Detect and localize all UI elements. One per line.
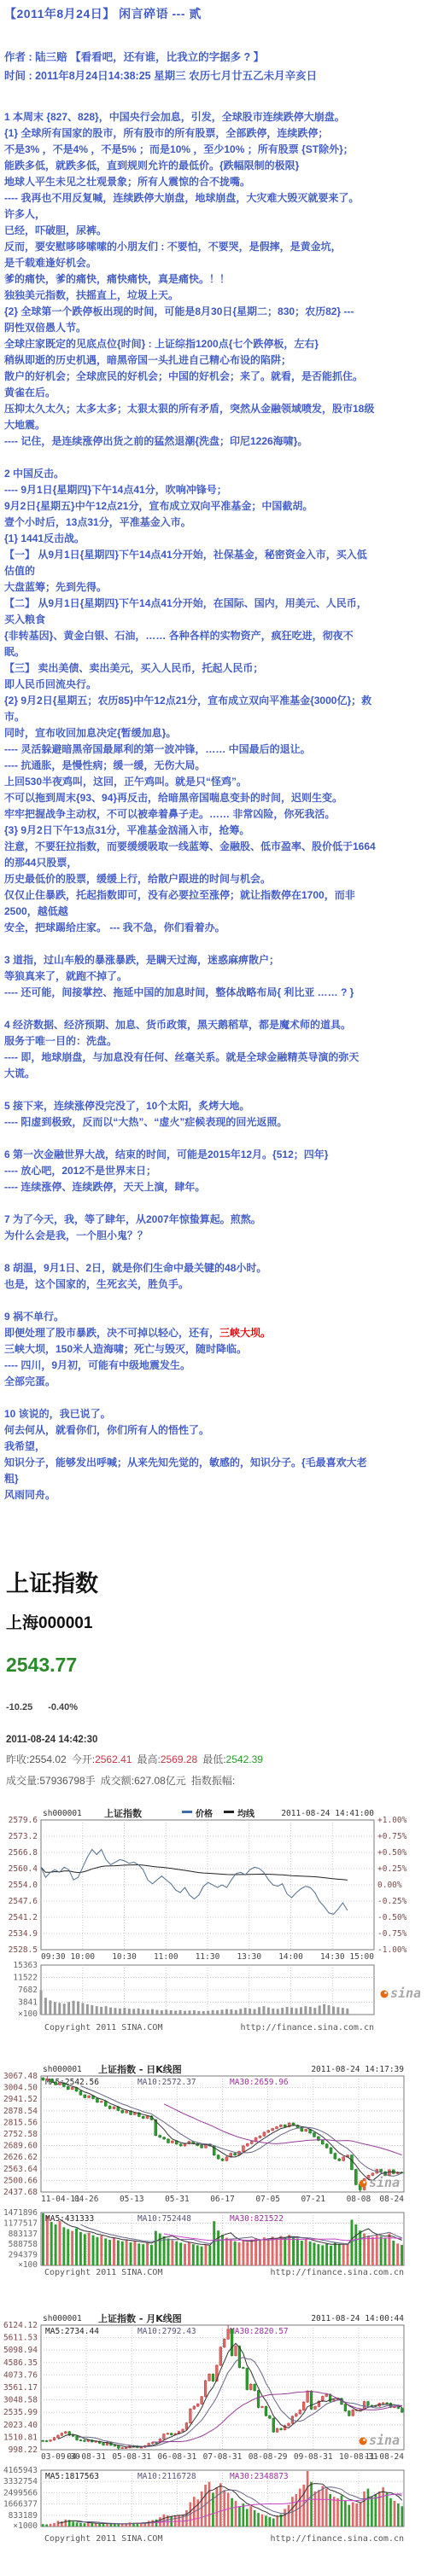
post-line: 能跌多低，就跌多低，直到规则允许的最低价。{跌幅限制的极限} bbox=[4, 158, 424, 174]
svg-text:-1.00%: -1.00% bbox=[377, 1945, 407, 1955]
post-line: 何去何从，就看你们，你们所有人的悟性了。 bbox=[4, 1422, 424, 1439]
svg-text:Copyright 2011 SINA.COM: Copyright 2011 SINA.COM bbox=[44, 2534, 162, 2544]
svg-text:+0.75%: +0.75% bbox=[377, 1832, 407, 1841]
svg-text:998.22: 998.22 bbox=[9, 2445, 38, 2455]
svg-text:3004.50: 3004.50 bbox=[3, 2084, 38, 2093]
svg-text:×100: ×100 bbox=[18, 2260, 38, 2270]
stat-value: 2542.39 bbox=[226, 1753, 263, 1765]
post-line: ---- 连续涨停、连续跌停，天天上演，肆年。 bbox=[4, 1179, 424, 1195]
post-line: 仅仅止住暴跌，托起指数即可，没有必要拉至涨停；就让指数停在1700，而非 bbox=[4, 887, 424, 904]
blog-page: 【2011年8月24日】 闲言碎语 --- 贰 作者 : 陆三赔 【看看吧，还有… bbox=[0, 0, 427, 2545]
post-line: 阴性双倍愚人节。 bbox=[4, 320, 424, 336]
post-line: 全部完蛋。 bbox=[4, 1374, 424, 1390]
svg-text:-0.50%: -0.50% bbox=[377, 1913, 407, 1922]
svg-text:6124.12: 6124.12 bbox=[3, 2321, 38, 2330]
svg-text:3561.17: 3561.17 bbox=[3, 2383, 38, 2393]
sina-watermark: sina bbox=[381, 1986, 421, 2001]
svg-text:+0.50%: +0.50% bbox=[377, 1848, 407, 1858]
svg-text:2499566: 2499566 bbox=[3, 2488, 38, 2497]
post-line: 安全，把球踢给庄家。 --- 我不急，你们看着办。 bbox=[4, 920, 424, 936]
svg-text:sina: sina bbox=[369, 2175, 400, 2190]
index-quote-panel: 上证指数 上海000001 2543.77 -10.25-0.40% 2011-… bbox=[0, 1565, 427, 1788]
svg-text:10:30: 10:30 bbox=[112, 1952, 137, 1962]
post-line: 即人民币回流央行。 bbox=[4, 677, 424, 693]
svg-text:2878.54: 2878.54 bbox=[3, 2107, 38, 2116]
stat-value: 57936798手 bbox=[39, 1775, 95, 1787]
svg-text:883137: 883137 bbox=[9, 2230, 38, 2239]
svg-text:×100: ×100 bbox=[18, 2009, 38, 2019]
svg-text:5098.94: 5098.94 bbox=[3, 2346, 38, 2355]
post-line: 9月2日{星期五}中午12点21分，宣布成立双向平准基金；中国截胡。 bbox=[4, 498, 424, 515]
quote-stat: 最低:2542.39 bbox=[202, 1753, 263, 1765]
quote-stat: 成交量:57936798手 bbox=[6, 1775, 96, 1787]
svg-text:2626.62: 2626.62 bbox=[3, 2153, 38, 2162]
post-line: ---- 我再也不用反复喊，连续跌停大崩盘，地球崩盘，大灾难大毁灭就要来了。 bbox=[4, 190, 424, 206]
charts-section: sh000001上证指数价格均线2011-08-24 14:41:002579.… bbox=[0, 1806, 427, 2545]
post-line: 知识分子，能够发出呼喊；从来先知先觉的，敏感的，知识分子。{毛最喜欢大老 bbox=[4, 1455, 424, 1471]
post-line: ---- 阳虚到极致，反而以“大热”、“虚火”症候表现的回光返照。 bbox=[4, 1114, 424, 1131]
svg-text:均线: 均线 bbox=[237, 1808, 255, 1819]
stat-label: 成交量: bbox=[6, 1775, 39, 1787]
post-line bbox=[4, 1293, 424, 1309]
index-price: 2543.77 bbox=[6, 1654, 427, 1677]
svg-text:1510.81: 1510.81 bbox=[3, 2433, 38, 2442]
svg-text:588758: 588758 bbox=[9, 2240, 38, 2249]
post-line: 历史最低价的股票，缓缓上行，给散户跟进的时间与机会。 bbox=[4, 871, 424, 887]
post-line: 买入粮食 bbox=[4, 612, 424, 628]
post-line: 我希望， bbox=[4, 1439, 424, 1455]
post-body: 1 本周末 {827、828}，中国央行会加息，引发，全球股市连续跌停大崩盘。{… bbox=[4, 109, 424, 1503]
post-line: ---- 即，地球崩盘，与加息没有任何、丝毫关系。就是全球金融精英导演的弥天 bbox=[4, 1050, 424, 1066]
index-change-pct: -0.40% bbox=[48, 1702, 78, 1712]
post-line: 8 胡温，9月1日、2日，就是你们生命中最关键的48小时。 bbox=[4, 1260, 424, 1276]
svg-text:+0.25%: +0.25% bbox=[377, 1864, 407, 1874]
svg-text:MA10:752448: MA10:752448 bbox=[137, 2214, 191, 2224]
post-line: 已经，吓破胆，尿裤。 bbox=[4, 223, 424, 239]
post-line: 服务于唯一目的：洗盘。 bbox=[4, 1033, 424, 1050]
post-author-line: 作者 : 陆三赔 【看看吧，还有谁，比我立的字据多 ? 】 bbox=[4, 48, 424, 67]
post-line bbox=[4, 1244, 424, 1260]
svg-text:4586.35: 4586.35 bbox=[3, 2358, 38, 2368]
svg-text:http://finance.sina.com.cn: http://finance.sina.com.cn bbox=[240, 2023, 374, 2032]
post-line: {非转基因}、黄金白银、石油，…… 各种各样的实物资产，疯狂吃进，彻夜不 bbox=[4, 628, 424, 644]
post-line: 的那44只股票， bbox=[4, 855, 424, 871]
post-line: 也是，这个国家的，生死玄关，胜负手。 bbox=[4, 1276, 424, 1293]
svg-text:2534.9: 2534.9 bbox=[9, 1929, 38, 1939]
post-line: 7 为了今天，我，等了肆年，从2007年惊蛰算起。煎熬。 bbox=[4, 1212, 424, 1228]
svg-text:2528.5: 2528.5 bbox=[9, 1945, 38, 1955]
blog-post: 【2011年8月24日】 闲言碎语 --- 贰 作者 : 陆三赔 【看看吧，还有… bbox=[0, 0, 427, 1503]
post-line: ---- 9月1日{星期四}下午14点41分，吹响冲锋号； bbox=[4, 482, 424, 498]
post-line bbox=[4, 936, 424, 952]
post-line: ---- 灵活躲避暗黑帝国最犀利的第一波冲锋，…… 中国最后的退让。 bbox=[4, 741, 424, 758]
market-code: 上海000001 bbox=[6, 1610, 427, 1633]
stat-label: 指数振幅: bbox=[191, 1775, 235, 1787]
svg-text:2941.52: 2941.52 bbox=[3, 2095, 38, 2104]
post-line: 6 第一次金融世界大战，结束的时间，可能是2015年12月。{512；四年} bbox=[4, 1147, 424, 1163]
post-line: 牢牢把握战争主动权，不可以被牵着鼻子走。…… 非常凶险，你死我活。 bbox=[4, 806, 424, 823]
index-change-row: -10.25-0.40% bbox=[6, 1702, 427, 1712]
svg-text:09:30: 09:30 bbox=[41, 1952, 66, 1962]
svg-text:04-08-31: 04-08-31 bbox=[67, 2452, 106, 2462]
post-line: {2} 9月2日{星期五；农历85}中午12点21分，宣布成立双向平准基金{30… bbox=[4, 693, 424, 709]
post-line: 风雨同舟。 bbox=[4, 1487, 424, 1503]
svg-text:sh000001: sh000001 bbox=[43, 2314, 82, 2323]
svg-text:MA5:1817563: MA5:1817563 bbox=[45, 2472, 99, 2481]
svg-text:MA30:2348873: MA30:2348873 bbox=[230, 2472, 289, 2481]
post-line bbox=[4, 1195, 424, 1212]
post-time-line: 时间 : 2011年8月24日14:38:25 星期三 农历七月廿五乙未月辛亥日 bbox=[4, 67, 424, 85]
post-line: 压抑太久太久；太多太多；太狠太狠的所有矛盾，突然从金融领域喷发，股市18级 bbox=[4, 401, 424, 417]
svg-text:sh000001: sh000001 bbox=[43, 2065, 82, 2074]
post-line: 10 该说的，我已说了。 bbox=[4, 1406, 424, 1422]
stat-value: 2569.28 bbox=[161, 1753, 197, 1765]
post-line: 4 经济数据、经济预期、加息、货币政策，黑天鹅稻草，都是魔术师的道具。 bbox=[4, 1017, 424, 1033]
quote-stat: 昨收:2554.02 bbox=[6, 1753, 67, 1765]
post-line: 1 本周末 {827、828}，中国央行会加息，引发，全球股市连续跌停大崩盘。 bbox=[4, 109, 424, 125]
post-line bbox=[4, 1131, 424, 1147]
post-line: 【二】 从9月1日{星期四}下午14点41分开始，在国际、国内，用美元、人民币， bbox=[4, 596, 424, 612]
post-line: 3 道指，过山车般的暴涨暴跌，是瞒天过海，迷惑麻痹散户； bbox=[4, 952, 424, 968]
post-line: 大地震。 bbox=[4, 417, 424, 433]
post-line: 【一】 从9月1日{星期四}下午14点41分开始，社保基金，秘密资金入市，买入低 bbox=[4, 547, 424, 563]
svg-text:sina: sina bbox=[369, 2433, 400, 2448]
quote-stat: 最高:2569.28 bbox=[137, 1753, 197, 1765]
post-line: 粗} bbox=[4, 1471, 424, 1487]
svg-text:2541.2: 2541.2 bbox=[9, 1913, 38, 1922]
post-line bbox=[4, 450, 424, 466]
post-line: 上回530半夜鸡叫，这回，正午鸡叫。就是只“怪鸡”。 bbox=[4, 774, 424, 790]
post-line: 地球人平生未见之壮观景象；所有人震惊的合不拢嘴。 bbox=[4, 174, 424, 190]
post-line: 大盘蓝筹；先到先得。 bbox=[4, 579, 424, 596]
stat-label: 昨收: bbox=[6, 1753, 29, 1765]
post-line: 三峡大坝，150米人造海啸；死亡与毁灭，随时降临。 bbox=[4, 1341, 424, 1358]
svg-text:http://finance.sina.com.cn: http://finance.sina.com.cn bbox=[270, 2534, 404, 2544]
svg-text:sina: sina bbox=[390, 1986, 420, 2001]
svg-text:294379: 294379 bbox=[9, 2251, 38, 2260]
svg-text:MA30:2659.96: MA30:2659.96 bbox=[230, 2078, 289, 2087]
stat-value: 627.08亿元 bbox=[134, 1775, 186, 1787]
post-line: 许多人， bbox=[4, 206, 424, 223]
post-line-red-segment: 三峡大坝。 bbox=[219, 1327, 271, 1339]
svg-text:11522: 11522 bbox=[13, 1974, 38, 1983]
post-line: 全球庄家既定的见底点位{时间} : 上证综指1200点{七个跌停板，左右} bbox=[4, 336, 424, 352]
post-line: 不可以拖到周末{93、94}再反击，给暗黑帝国喘息变卦的时间，迟则生变。 bbox=[4, 790, 424, 806]
stat-value: 2562.41 bbox=[95, 1753, 132, 1765]
svg-text:4073.76: 4073.76 bbox=[3, 2370, 38, 2380]
svg-text:3332754: 3332754 bbox=[3, 2477, 38, 2486]
svg-text:5611.53: 5611.53 bbox=[3, 2334, 38, 2343]
svg-text:-0.75%: -0.75% bbox=[377, 1929, 407, 1939]
post-line: {3} 9月2日下午13点31分，平准基金汹涌入市，抢筹。 bbox=[4, 823, 424, 839]
svg-text:04-26: 04-26 bbox=[74, 2195, 99, 2204]
svg-text:上证指数: 上证指数 bbox=[104, 1807, 142, 1819]
svg-text:2563.64: 2563.64 bbox=[3, 2165, 38, 2174]
post-title: 【2011年8月24日】 闲言碎语 --- 贰 bbox=[4, 5, 424, 22]
svg-text:上证指数 - 月K线图: 上证指数 - 月K线图 bbox=[98, 2313, 182, 2324]
svg-text:2573.2: 2573.2 bbox=[9, 1832, 38, 1841]
post-line: 2 中国反击。 bbox=[4, 466, 424, 482]
svg-text:MA10:2792.43: MA10:2792.43 bbox=[137, 2327, 196, 2336]
svg-text:2535.99: 2535.99 bbox=[3, 2408, 38, 2417]
svg-text:MA10:2116728: MA10:2116728 bbox=[137, 2472, 196, 2481]
post-meta: 作者 : 陆三赔 【看看吧，还有谁，比我立的字据多 ? 】 时间 : 2011年… bbox=[4, 48, 424, 85]
quote-volume-row: 成交量:57936798手成交额:627.08亿元指数振幅: bbox=[6, 1773, 427, 1788]
svg-text:2023.40: 2023.40 bbox=[3, 2421, 38, 2430]
quote-timestamp: 2011-08-24 14:42:30 bbox=[6, 1735, 427, 1745]
svg-text:06-17: 06-17 bbox=[210, 2195, 235, 2204]
index-change: -10.25 bbox=[6, 1702, 32, 1712]
stat-label: 最高: bbox=[137, 1753, 160, 1765]
post-line: ---- 记住，是连续涨停出货之前的猛然退潮{洗盘；印尼1226海啸}。 bbox=[4, 433, 424, 450]
quote-stat: 指数振幅: bbox=[191, 1775, 235, 1787]
svg-text:MA30:2820.57: MA30:2820.57 bbox=[230, 2327, 289, 2336]
svg-text:09-08-31: 09-08-31 bbox=[294, 2452, 333, 2462]
svg-text:×1000: ×1000 bbox=[13, 2521, 38, 2531]
svg-text:11:30: 11:30 bbox=[196, 1952, 220, 1962]
svg-text:MA5:431333: MA5:431333 bbox=[45, 2214, 94, 2224]
svg-text:http://finance.sina.com.cn: http://finance.sina.com.cn bbox=[270, 2268, 404, 2277]
svg-text:833189: 833189 bbox=[9, 2511, 38, 2521]
svg-text:05-31: 05-31 bbox=[165, 2195, 190, 2204]
svg-text:MA5:2734.44: MA5:2734.44 bbox=[45, 2327, 99, 2336]
stat-label: 最低: bbox=[202, 1753, 225, 1765]
post-line: 5 接下来，连续涨停没完没了，10个太阳，炙烤大地。 bbox=[4, 1098, 424, 1114]
svg-text:7682: 7682 bbox=[18, 1986, 38, 1995]
stat-value: 2554.02 bbox=[29, 1753, 66, 1765]
svg-text:MA10:2572.37: MA10:2572.37 bbox=[137, 2078, 196, 2087]
svg-text:-0.25%: -0.25% bbox=[377, 1897, 407, 1906]
post-line: 大谎。 bbox=[4, 1066, 424, 1082]
svg-text:14:00: 14:00 bbox=[278, 1952, 303, 1962]
quote-stat: 成交额:627.08亿元 bbox=[101, 1775, 186, 1787]
svg-text:2560.4: 2560.4 bbox=[9, 1864, 38, 1874]
post-line: ---- 四川，9月初，可能有中级地震发生。 bbox=[4, 1358, 424, 1374]
svg-text:0.00%: 0.00% bbox=[377, 1881, 402, 1890]
svg-text:08-08: 08-08 bbox=[347, 2195, 371, 2204]
intraday-chart: sh000001上证指数价格均线2011-08-24 14:41:002579.… bbox=[0, 1806, 420, 2035]
svg-text:2554.0: 2554.0 bbox=[9, 1881, 38, 1890]
post-line: 【三】 卖出美债、卖出美元，买入人民币，托起人民币； bbox=[4, 660, 424, 677]
post-line: {1} 全球所有国家的股市，所有股市的所有股票，全部跌停，连续跌停； bbox=[4, 125, 424, 142]
svg-text:2500.66: 2500.66 bbox=[3, 2176, 38, 2185]
svg-text:11:00: 11:00 bbox=[154, 1952, 178, 1962]
svg-text:MA30:821522: MA30:821522 bbox=[230, 2214, 284, 2224]
svg-text:07-21: 07-21 bbox=[301, 2195, 325, 2204]
svg-text:2689.60: 2689.60 bbox=[3, 2142, 38, 2151]
svg-text:2011-08-24 14:17:39: 2011-08-24 14:17:39 bbox=[311, 2065, 404, 2074]
svg-text:2752.58: 2752.58 bbox=[3, 2130, 38, 2139]
svg-text:2437.68: 2437.68 bbox=[3, 2188, 38, 2197]
svg-text:4165943: 4165943 bbox=[3, 2466, 38, 2475]
post-line: 壹个小时后，13点31分，平准基金入市。 bbox=[4, 515, 424, 531]
svg-text:15363: 15363 bbox=[13, 1961, 38, 1970]
post-line: 市。 bbox=[4, 709, 424, 725]
daily-kline-chart: sh000001上证指数 - 日K线图2011-08-24 14:17:3930… bbox=[0, 2064, 420, 2279]
svg-text:13:30: 13:30 bbox=[237, 1952, 261, 1962]
post-line: 同时，宣布收回加息决定{暂缓加息}。 bbox=[4, 725, 424, 741]
svg-text:14:30: 14:30 bbox=[320, 1952, 345, 1962]
svg-text:15:00: 15:00 bbox=[349, 1952, 374, 1962]
post-line: 爹的痛快，爹的痛快，痛快痛快，真是痛快。！！ bbox=[4, 271, 424, 288]
post-line: 2500，越低越 bbox=[4, 904, 424, 920]
post-line: 黄雀在后。 bbox=[4, 385, 424, 401]
svg-text:3841: 3841 bbox=[18, 1998, 38, 2008]
monthly-kline-chart: sh000001上证指数 - 月K线图2011-08-24 14:00:4461… bbox=[0, 2313, 420, 2545]
post-line: 是千载难逢好机会。 bbox=[4, 255, 424, 271]
post-line: 即便处理了股市暴跌，决不可掉以轻心，还有，三峡大坝。 bbox=[4, 1325, 424, 1341]
stat-label: 成交额: bbox=[101, 1775, 134, 1787]
post-line bbox=[4, 1001, 424, 1017]
quote-stats-row: 昨收:2554.02今开:2562.41最高:2569.28最低:2542.39 bbox=[6, 1752, 427, 1766]
post-line: ---- 抗通胀，是慢性病；缓一缓，无伤大局。 bbox=[4, 758, 424, 774]
post-line: {2} 全球第一个跌停板出现的时间，可能是8月30日{星期二；830；农历82}… bbox=[4, 304, 424, 320]
svg-text:05-08-31: 05-08-31 bbox=[112, 2452, 151, 2462]
svg-text:上证指数 - 日K线图: 上证指数 - 日K线图 bbox=[98, 2064, 182, 2075]
post-line: 9 祸不单行。 bbox=[4, 1309, 424, 1325]
post-line: 等狼真来了，就跑不掉了。 bbox=[4, 968, 424, 985]
svg-text:价格: 价格 bbox=[196, 1808, 213, 1819]
svg-text:Copyright 2011 SINA.COM: Copyright 2011 SINA.COM bbox=[44, 2023, 162, 2032]
svg-text:1471896: 1471896 bbox=[3, 2208, 38, 2218]
post-line bbox=[4, 1082, 424, 1098]
svg-text:05-13: 05-13 bbox=[120, 2195, 144, 2204]
post-line: ---- 放心吧，2012不是世界末日； bbox=[4, 1163, 424, 1179]
svg-text:MA5:2542.56: MA5:2542.56 bbox=[45, 2078, 99, 2087]
svg-text:1177517: 1177517 bbox=[3, 2218, 38, 2228]
stat-label: 今开: bbox=[72, 1753, 95, 1765]
post-line: 散户的好机会；全球庶民的好机会；中国的好机会；来了。就看，是否能抓住。 bbox=[4, 369, 424, 385]
post-line: 稍纵即逝的历史机遇，暗黑帝国一头扎进自己精心布设的陷阱； bbox=[4, 352, 424, 369]
svg-text:10:00: 10:00 bbox=[70, 1952, 95, 1962]
svg-text:08-08-29: 08-08-29 bbox=[249, 2452, 288, 2462]
post-line: 独独美元指数，扶摇直上，垃圾上天。 bbox=[4, 288, 424, 304]
post-line: 为什么会是我，一个胆小鬼？？ bbox=[4, 1228, 424, 1244]
post-line: ---- 还可能，间接掌控、拖延中国的加息时间，整体战略布局{ 利比亚 …… ?… bbox=[4, 985, 424, 1001]
svg-text:+1.00%: +1.00% bbox=[377, 1816, 407, 1825]
svg-text:2011-08-24 14:00:44: 2011-08-24 14:00:44 bbox=[311, 2314, 404, 2323]
svg-text:2566.8: 2566.8 bbox=[9, 1848, 38, 1858]
svg-text:1666377: 1666377 bbox=[3, 2500, 38, 2509]
svg-text:2547.6: 2547.6 bbox=[9, 1897, 38, 1906]
svg-text:sh000001: sh000001 bbox=[43, 1809, 82, 1818]
svg-text:2579.6: 2579.6 bbox=[9, 1816, 38, 1825]
svg-text:3067.48: 3067.48 bbox=[3, 2072, 38, 2081]
svg-text:11-08-24: 11-08-24 bbox=[365, 2452, 404, 2462]
post-line: 反而，要安慰哆哆嗦嗦的小朋友们 : 不要怕，不要哭，是假摔，是黄金坑， bbox=[4, 239, 424, 255]
svg-text:2815.56: 2815.56 bbox=[3, 2118, 38, 2127]
post-line-segment: 即便处理了股市暴跌，决不可掉以轻心，还有， bbox=[4, 1327, 219, 1339]
svg-text:08-24: 08-24 bbox=[379, 2195, 404, 2204]
index-name-heading: 上证指数 bbox=[6, 1565, 427, 1598]
post-line: 注意，不要狂拉指数，而要缓缓吸取一线蓝筹、金融股、低市盈率、股价低于1664 bbox=[4, 839, 424, 855]
svg-text:07-05: 07-05 bbox=[255, 2195, 280, 2204]
post-line: 估值的 bbox=[4, 563, 424, 579]
svg-text:06-08-31: 06-08-31 bbox=[157, 2452, 196, 2462]
post-line bbox=[4, 1390, 424, 1406]
post-line: 不是3% ，不是4% ，不是5% ；而是10% ，至少10% ；所有股票 {ST… bbox=[4, 142, 424, 158]
post-line: {1} 1441反击战。 bbox=[4, 531, 424, 547]
svg-text:Copyright 2011 SINA.COM: Copyright 2011 SINA.COM bbox=[44, 2268, 162, 2277]
post-line: 眠。 bbox=[4, 644, 424, 660]
quote-stat: 今开:2562.41 bbox=[72, 1753, 132, 1765]
svg-text:3048.58: 3048.58 bbox=[3, 2396, 38, 2405]
svg-text:07-08-31: 07-08-31 bbox=[203, 2452, 243, 2462]
svg-text:2011-08-24 14:41:00: 2011-08-24 14:41:00 bbox=[281, 1809, 374, 1818]
